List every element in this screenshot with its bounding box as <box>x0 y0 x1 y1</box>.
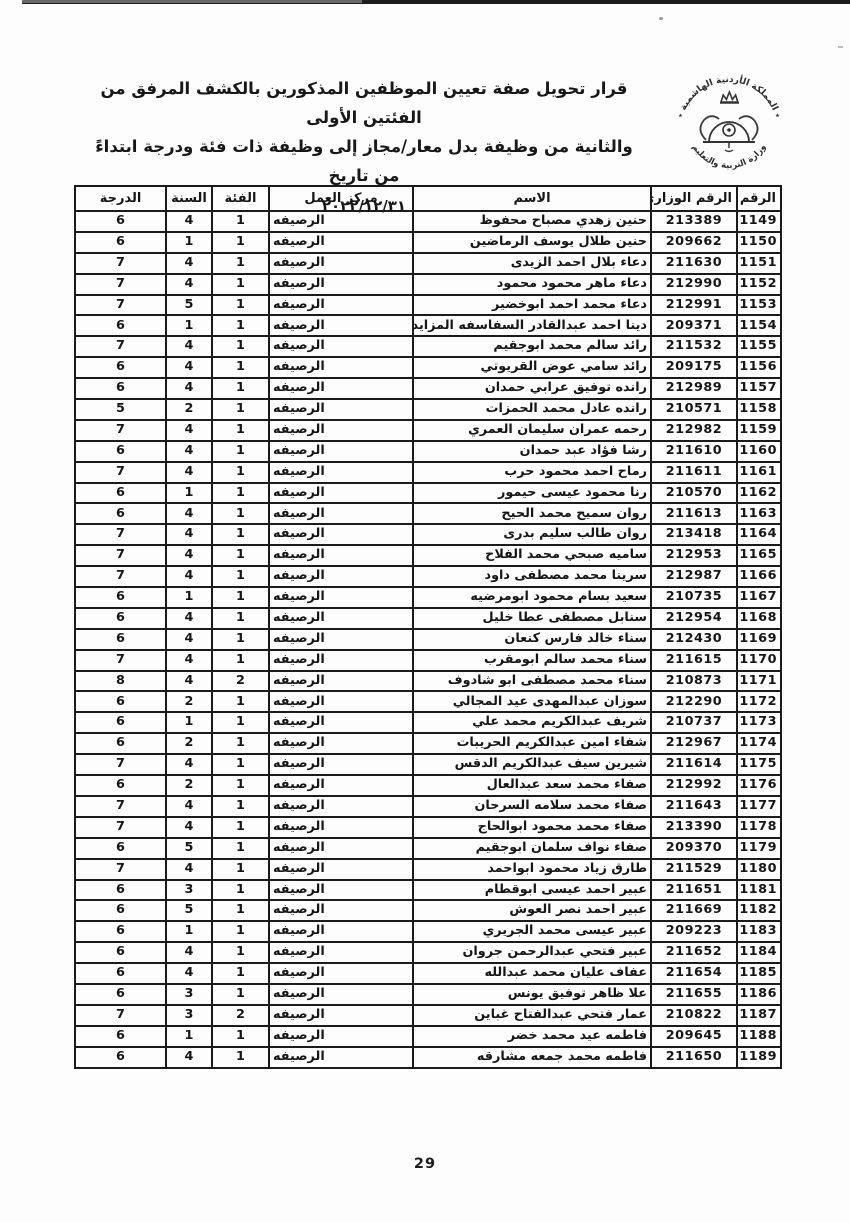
cell-year: 1 <box>166 921 212 942</box>
cell-ministry-number: 212290 <box>651 691 737 712</box>
cell-year: 2 <box>166 733 212 754</box>
cell-category: 1 <box>212 232 269 253</box>
cell-category: 1 <box>212 545 269 566</box>
cell-name: دعاء محمد احمد ابوخضير <box>413 295 651 316</box>
cell-category: 1 <box>212 357 269 378</box>
table-row: 1168212954سنابل مصطفى عطا خليلالرصيفه146 <box>75 608 781 629</box>
cell-grade: 7 <box>75 274 166 295</box>
cell-category: 1 <box>212 963 269 984</box>
table-row: 1151211630دعاء بلال احمد الزيدىالرصيفه14… <box>75 253 781 274</box>
cell-category: 1 <box>212 462 269 483</box>
header-category: الفئة <box>212 186 269 211</box>
cell-ministry-number: 211614 <box>651 754 737 775</box>
header-year: السنة <box>166 186 212 211</box>
header-name: الاسم <box>413 186 651 211</box>
cell-name: سعيد بسام محمود ابومرضيه <box>413 587 651 608</box>
cell-work-center: الرصيفه <box>269 336 413 357</box>
cell-name: حنين طلال يوسف الرماضين <box>413 232 651 253</box>
cell-category: 1 <box>212 1026 269 1047</box>
cell-ministry-number: 209645 <box>651 1026 737 1047</box>
cell-ministry-number: 209223 <box>651 921 737 942</box>
cell-year: 1 <box>166 1026 212 1047</box>
cell-work-center: الرصيفه <box>269 545 413 566</box>
cell-name: حنين زهدي مصباح محفوظ <box>413 211 651 232</box>
cell-grade: 7 <box>75 295 166 316</box>
cell-row-number: 1175 <box>737 754 781 775</box>
cell-ministry-number: 211651 <box>651 880 737 901</box>
cell-year: 1 <box>166 712 212 733</box>
cell-year: 4 <box>166 754 212 775</box>
cell-work-center: الرصيفه <box>269 1047 413 1068</box>
cell-row-number: 1187 <box>737 1005 781 1026</box>
cell-work-center: الرصيفه <box>269 420 413 441</box>
cell-work-center: الرصيفه <box>269 629 413 650</box>
header-work-center: مركز العمل <box>269 186 413 211</box>
cell-row-number: 1165 <box>737 545 781 566</box>
cell-ministry-number: 210737 <box>651 712 737 733</box>
cell-category: 1 <box>212 295 269 316</box>
cell-work-center: الرصيفه <box>269 274 413 295</box>
cell-name: رائد سامي عوض القريوتي <box>413 357 651 378</box>
cell-name: شيرين سيف عبدالكريم الدقس <box>413 754 651 775</box>
cell-name: رنا محمود عيسى حيمور <box>413 483 651 504</box>
cell-grade: 7 <box>75 524 166 545</box>
cell-work-center: الرصيفه <box>269 880 413 901</box>
cell-category: 1 <box>212 817 269 838</box>
cell-grade: 6 <box>75 378 166 399</box>
cell-year: 4 <box>166 524 212 545</box>
cell-category: 1 <box>212 211 269 232</box>
cell-category: 1 <box>212 483 269 504</box>
cell-name: صفاء محمد سعد عبدالعال <box>413 775 651 796</box>
cell-grade: 7 <box>75 253 166 274</box>
cell-work-center: الرصيفه <box>269 963 413 984</box>
cell-grade: 6 <box>75 691 166 712</box>
cell-grade: 6 <box>75 712 166 733</box>
table-row: 1163211613روان سميح محمد الحيحالرصيفه146 <box>75 503 781 524</box>
cell-row-number: 1155 <box>737 336 781 357</box>
cell-work-center: الرصيفه <box>269 671 413 692</box>
cell-ministry-number: 211529 <box>651 859 737 880</box>
cell-row-number: 1178 <box>737 817 781 838</box>
scan-edge-line-light <box>22 0 362 3</box>
cell-name: سناء محمد مصطفى ابو شادوف <box>413 671 651 692</box>
cell-year: 1 <box>166 315 212 336</box>
cell-ministry-number: 210873 <box>651 671 737 692</box>
cell-row-number: 1159 <box>737 420 781 441</box>
cell-ministry-number: 212967 <box>651 733 737 754</box>
cell-ministry-number: 212430 <box>651 629 737 650</box>
table-row: 1178213390صفاء محمد محمود ابوالحاجالرصيف… <box>75 817 781 838</box>
cell-work-center: الرصيفه <box>269 859 413 880</box>
table-row: 1162210570رنا محمود عيسى حيمورالرصيفه116 <box>75 483 781 504</box>
cell-row-number: 1164 <box>737 524 781 545</box>
cell-name: عبير احمد عيسى ابوقطام <box>413 880 651 901</box>
cell-work-center: الرصيفه <box>269 984 413 1005</box>
cell-name: صفاء محمد سلامه السرحان <box>413 796 651 817</box>
table-row: 1172212290سوزان عبدالمهدى عيد المجاليالر… <box>75 691 781 712</box>
cell-year: 4 <box>166 566 212 587</box>
cell-ministry-number: 209175 <box>651 357 737 378</box>
cell-work-center: الرصيفه <box>269 211 413 232</box>
cell-category: 2 <box>212 1005 269 1026</box>
page-number: 29 <box>0 1156 850 1172</box>
cell-name: دعاء بلال احمد الزيدى <box>413 253 651 274</box>
cell-grade: 6 <box>75 211 166 232</box>
cell-ministry-number: 212954 <box>651 608 737 629</box>
cell-row-number: 1172 <box>737 691 781 712</box>
cell-name: روان سميح محمد الحيح <box>413 503 651 524</box>
cell-ministry-number: 212989 <box>651 378 737 399</box>
cell-year: 4 <box>166 629 212 650</box>
cell-grade: 6 <box>75 441 166 462</box>
cell-name: عبير احمد نصر العوش <box>413 900 651 921</box>
cell-row-number: 1163 <box>737 503 781 524</box>
cell-ministry-number: 211654 <box>651 963 737 984</box>
cell-name: رشا فؤاد عبد حمدان <box>413 441 651 462</box>
cell-year: 4 <box>166 274 212 295</box>
cell-category: 1 <box>212 921 269 942</box>
cell-ministry-number: 212991 <box>651 295 737 316</box>
cell-name: دعاء ماهر محمود محمود <box>413 274 651 295</box>
cell-year: 4 <box>166 253 212 274</box>
table-row: 1164213418روان طالب سليم بدرىالرصيفه147 <box>75 524 781 545</box>
header-grade: الدرجة <box>75 186 166 211</box>
cell-work-center: الرصيفه <box>269 483 413 504</box>
cell-year: 4 <box>166 420 212 441</box>
cell-ministry-number: 212982 <box>651 420 737 441</box>
cell-year: 4 <box>166 378 212 399</box>
svg-text:٭ المملكة الأردنية الهاشمية ٭: ٭ المملكة الأردنية الهاشمية ٭ <box>676 74 783 119</box>
cell-grade: 7 <box>75 650 166 671</box>
cell-name: سناء خالد فارس كنعان <box>413 629 651 650</box>
cell-year: 3 <box>166 1005 212 1026</box>
cell-category: 1 <box>212 880 269 901</box>
table-row: 1188209645فاطمه عيد محمد خضرالرصيفه116 <box>75 1026 781 1047</box>
cell-name: شفاء امين عبدالكريم الحريبات <box>413 733 651 754</box>
cell-ministry-number: 211669 <box>651 900 737 921</box>
table-row: 1170211615سناء محمد سالم ابومقربالرصيفه1… <box>75 650 781 671</box>
header-row-number: الرقم <box>737 186 781 211</box>
cell-ministry-number: 209371 <box>651 315 737 336</box>
cell-category: 1 <box>212 420 269 441</box>
cell-ministry-number: 213390 <box>651 817 737 838</box>
cell-category: 1 <box>212 900 269 921</box>
cell-row-number: 1184 <box>737 942 781 963</box>
cell-ministry-number: 211613 <box>651 503 737 524</box>
table-row: 1184211652عبير فتحي عبدالرحمن جروانالرصي… <box>75 942 781 963</box>
cell-category: 1 <box>212 712 269 733</box>
cell-category: 1 <box>212 503 269 524</box>
cell-year: 3 <box>166 984 212 1005</box>
cell-row-number: 1157 <box>737 378 781 399</box>
cell-row-number: 1162 <box>737 483 781 504</box>
table-row: 1160211610رشا فؤاد عبد حمدانالرصيفه146 <box>75 441 781 462</box>
cell-row-number: 1171 <box>737 671 781 692</box>
table-row: 1177211643صفاء محمد سلامه السرحانالرصيفه… <box>75 796 781 817</box>
title-line-1: قرار تحويل صفة تعيين الموظفين المذكورين … <box>86 74 642 132</box>
cell-category: 1 <box>212 754 269 775</box>
cell-name: طارق زياد محمود ابواحمد <box>413 859 651 880</box>
cell-row-number: 1182 <box>737 900 781 921</box>
cell-grade: 6 <box>75 921 166 942</box>
cell-row-number: 1151 <box>737 253 781 274</box>
cell-name: فاطمه عيد محمد خضر <box>413 1026 651 1047</box>
cell-grade: 7 <box>75 859 166 880</box>
cell-grade: 6 <box>75 483 166 504</box>
table-body: 1149213389حنين زهدي مصباح محفوظالرصيفه14… <box>75 211 781 1068</box>
cell-grade: 6 <box>75 775 166 796</box>
cell-work-center: الرصيفه <box>269 503 413 524</box>
cell-name: رانده عادل محمد الحمزات <box>413 399 651 420</box>
cell-row-number: 1186 <box>737 984 781 1005</box>
cell-year: 4 <box>166 817 212 838</box>
cell-year: 4 <box>166 503 212 524</box>
cell-grade: 6 <box>75 900 166 921</box>
cell-work-center: الرصيفه <box>269 712 413 733</box>
cell-row-number: 1176 <box>737 775 781 796</box>
table-row: 1183209223عبير عيسى محمد الجريريالرصيفه1… <box>75 921 781 942</box>
table-row: 1161211611رماح احمد محمود حربالرصيفه147 <box>75 462 781 483</box>
cell-work-center: الرصيفه <box>269 796 413 817</box>
cell-grade: 6 <box>75 587 166 608</box>
cell-category: 1 <box>212 441 269 462</box>
cell-category: 2 <box>212 671 269 692</box>
table-row: 1169212430سناء خالد فارس كنعانالرصيفه146 <box>75 629 781 650</box>
cell-work-center: الرصيفه <box>269 524 413 545</box>
cell-ministry-number: 211611 <box>651 462 737 483</box>
cell-grade: 7 <box>75 566 166 587</box>
scan-speck <box>659 17 663 20</box>
table-row: 1165212953ساميه صبحي محمد الفلاحالرصيفه1… <box>75 545 781 566</box>
cell-ministry-number: 211630 <box>651 253 737 274</box>
cell-year: 4 <box>166 441 212 462</box>
cell-work-center: الرصيفه <box>269 754 413 775</box>
seal-top-text: ٭ المملكة الأردنية الهاشمية ٭ <box>676 74 783 119</box>
cell-name: صفاء محمد محمود ابوالحاج <box>413 817 651 838</box>
cell-name: سنابل مصطفى عطا خليل <box>413 608 651 629</box>
cell-year: 5 <box>166 295 212 316</box>
cell-row-number: 1188 <box>737 1026 781 1047</box>
cell-category: 1 <box>212 629 269 650</box>
cell-work-center: الرصيفه <box>269 838 413 859</box>
cell-name: ساميه صبحي محمد الفلاح <box>413 545 651 566</box>
cell-row-number: 1177 <box>737 796 781 817</box>
cell-year: 4 <box>166 671 212 692</box>
cell-row-number: 1160 <box>737 441 781 462</box>
cell-name: دينا احمد عبدالقادر السفاسفه المزايده <box>413 315 651 336</box>
cell-year: 4 <box>166 963 212 984</box>
cell-ministry-number: 210571 <box>651 399 737 420</box>
cell-name: روان طالب سليم بدرى <box>413 524 651 545</box>
cell-category: 1 <box>212 274 269 295</box>
cell-name: شريف عبدالكريم محمد علي <box>413 712 651 733</box>
cell-row-number: 1189 <box>737 1047 781 1068</box>
cell-work-center: الرصيفه <box>269 315 413 336</box>
cell-row-number: 1150 <box>737 232 781 253</box>
cell-year: 1 <box>166 587 212 608</box>
cell-grade: 7 <box>75 462 166 483</box>
cell-grade: 6 <box>75 629 166 650</box>
cell-grade: 7 <box>75 796 166 817</box>
cell-name: عفاف عليان محمد عبدالله <box>413 963 651 984</box>
cell-name: عمار فتحي عبدالفتاح غباين <box>413 1005 651 1026</box>
cell-category: 1 <box>212 942 269 963</box>
cell-grade: 6 <box>75 357 166 378</box>
cell-row-number: 1156 <box>737 357 781 378</box>
cell-ministry-number: 211643 <box>651 796 737 817</box>
cell-grade: 7 <box>75 754 166 775</box>
cell-ministry-number: 211655 <box>651 984 737 1005</box>
table-row: 1182211669عبير احمد نصر العوشالرصيفه156 <box>75 900 781 921</box>
cell-year: 1 <box>166 232 212 253</box>
cell-work-center: الرصيفه <box>269 399 413 420</box>
table-row: 1187210822عمار فتحي عبدالفتاح غباينالرصي… <box>75 1005 781 1026</box>
cell-name: سناء محمد سالم ابومقرب <box>413 650 651 671</box>
cell-grade: 8 <box>75 671 166 692</box>
table-row: 1155211532رائد سالم محمد ابوجقيمالرصيفه1… <box>75 336 781 357</box>
title-line-2: والثانية من وظيفة بدل معار/مجاز إلى وظيف… <box>86 132 642 190</box>
cell-grade: 6 <box>75 733 166 754</box>
cell-work-center: الرصيفه <box>269 733 413 754</box>
cell-year: 4 <box>166 859 212 880</box>
cell-name: سرينا محمد مصطفى داود <box>413 566 651 587</box>
cell-grade: 6 <box>75 608 166 629</box>
cell-row-number: 1167 <box>737 587 781 608</box>
roster-table-container: الرقمالرقم الوزاريالاسممركز العملالفئةال… <box>74 185 782 1069</box>
cell-row-number: 1179 <box>737 838 781 859</box>
table-row: 1189211650فاطمه محمد جمعه مشارقهالرصيفه1… <box>75 1047 781 1068</box>
cell-grade: 6 <box>75 963 166 984</box>
cell-name: عبير فتحي عبدالرحمن جروان <box>413 942 651 963</box>
table-row: 1174212967شفاء امين عبدالكريم الحريباتال… <box>75 733 781 754</box>
cell-row-number: 1153 <box>737 295 781 316</box>
cell-grade: 7 <box>75 420 166 441</box>
cell-grade: 6 <box>75 984 166 1005</box>
cell-year: 5 <box>166 900 212 921</box>
table-row: 1156209175رائد سامي عوض القريوتيالرصيفه1… <box>75 357 781 378</box>
cell-year: 1 <box>166 483 212 504</box>
cell-ministry-number: 210570 <box>651 483 737 504</box>
cell-work-center: الرصيفه <box>269 691 413 712</box>
cell-year: 4 <box>166 545 212 566</box>
cell-row-number: 1185 <box>737 963 781 984</box>
cell-name: صفاء نواف سلمان ابوجقيم <box>413 838 651 859</box>
cell-grade: 7 <box>75 1005 166 1026</box>
cell-work-center: الرصيفه <box>269 587 413 608</box>
cell-grade: 6 <box>75 942 166 963</box>
cell-ministry-number: 211615 <box>651 650 737 671</box>
cell-work-center: الرصيفه <box>269 650 413 671</box>
cell-work-center: الرصيفه <box>269 462 413 483</box>
cell-year: 3 <box>166 880 212 901</box>
table-row: 1175211614شيرين سيف عبدالكريم الدقسالرصي… <box>75 754 781 775</box>
cell-work-center: الرصيفه <box>269 775 413 796</box>
cell-work-center: الرصيفه <box>269 357 413 378</box>
cell-category: 1 <box>212 691 269 712</box>
table-row: 1180211529طارق زياد محمود ابواحمدالرصيفه… <box>75 859 781 880</box>
cell-row-number: 1152 <box>737 274 781 295</box>
cell-ministry-number: 212953 <box>651 545 737 566</box>
cell-category: 1 <box>212 524 269 545</box>
cell-row-number: 1170 <box>737 650 781 671</box>
cell-work-center: الرصيفه <box>269 1005 413 1026</box>
cell-row-number: 1161 <box>737 462 781 483</box>
cell-row-number: 1166 <box>737 566 781 587</box>
cell-year: 2 <box>166 691 212 712</box>
cell-work-center: الرصيفه <box>269 441 413 462</box>
cell-category: 1 <box>212 336 269 357</box>
cell-year: 4 <box>166 1047 212 1068</box>
header-ministry-number: الرقم الوزاري <box>651 186 737 211</box>
cell-grade: 6 <box>75 315 166 336</box>
cell-name: رماح احمد محمود حرب <box>413 462 651 483</box>
cell-category: 1 <box>212 378 269 399</box>
cell-category: 1 <box>212 775 269 796</box>
cell-category: 1 <box>212 1047 269 1068</box>
cell-category: 1 <box>212 587 269 608</box>
cell-category: 1 <box>212 608 269 629</box>
table-row: 1152212990دعاء ماهر محمود محمودالرصيفه14… <box>75 274 781 295</box>
cell-category: 1 <box>212 566 269 587</box>
crown-icon <box>721 92 738 102</box>
cell-category: 1 <box>212 315 269 336</box>
cell-row-number: 1154 <box>737 315 781 336</box>
cell-year: 5 <box>166 838 212 859</box>
cell-grade: 7 <box>75 817 166 838</box>
cell-grade: 6 <box>75 1047 166 1068</box>
cell-row-number: 1149 <box>737 211 781 232</box>
cell-category: 1 <box>212 984 269 1005</box>
cell-ministry-number: 210822 <box>651 1005 737 1026</box>
cell-year: 4 <box>166 336 212 357</box>
cell-work-center: الرصيفه <box>269 921 413 942</box>
cell-row-number: 1168 <box>737 608 781 629</box>
cell-ministry-number: 210735 <box>651 587 737 608</box>
cell-category: 1 <box>212 399 269 420</box>
cell-ministry-number: 212987 <box>651 566 737 587</box>
table-row: 1157212989رانده توفيق عرابي حمدانالرصيفه… <box>75 378 781 399</box>
cell-category: 1 <box>212 733 269 754</box>
cell-year: 4 <box>166 211 212 232</box>
table-row: 1181211651عبير احمد عيسى ابوقطامالرصيفه1… <box>75 880 781 901</box>
cell-row-number: 1174 <box>737 733 781 754</box>
cell-name: رانده توفيق عرابي حمدان <box>413 378 651 399</box>
cell-ministry-number: 209662 <box>651 232 737 253</box>
cell-year: 4 <box>166 796 212 817</box>
ministry-seal-icon: ٭ المملكة الأردنية الهاشمية ٭ وزارة التر… <box>656 68 802 180</box>
cell-category: 1 <box>212 650 269 671</box>
employee-roster-table: الرقمالرقم الوزاريالاسممركز العملالفئةال… <box>74 185 782 1069</box>
table-row: 1179209370صفاء نواف سلمان ابوجقيمالرصيفه… <box>75 838 781 859</box>
cell-ministry-number: 209370 <box>651 838 737 859</box>
cell-year: 2 <box>166 399 212 420</box>
cell-year: 4 <box>166 462 212 483</box>
table-row: 1176212992صفاء محمد سعد عبدالعالالرصيفه1… <box>75 775 781 796</box>
cell-year: 2 <box>166 775 212 796</box>
cell-name: عبير عيسى محمد الجريري <box>413 921 651 942</box>
table-row: 1185211654عفاف عليان محمد عبداللهالرصيفه… <box>75 963 781 984</box>
cell-ministry-number: 212992 <box>651 775 737 796</box>
table-row: 1153212991دعاء محمد احمد ابوخضيرالرصيفه1… <box>75 295 781 316</box>
cell-ministry-number: 211650 <box>651 1047 737 1068</box>
cell-name: رائد سالم محمد ابوجقيم <box>413 336 651 357</box>
cell-work-center: الرصيفه <box>269 232 413 253</box>
table-row: 1167210735سعيد بسام محمود ابومرضيهالرصيف… <box>75 587 781 608</box>
cell-category: 1 <box>212 253 269 274</box>
cell-work-center: الرصيفه <box>269 900 413 921</box>
cell-category: 1 <box>212 796 269 817</box>
